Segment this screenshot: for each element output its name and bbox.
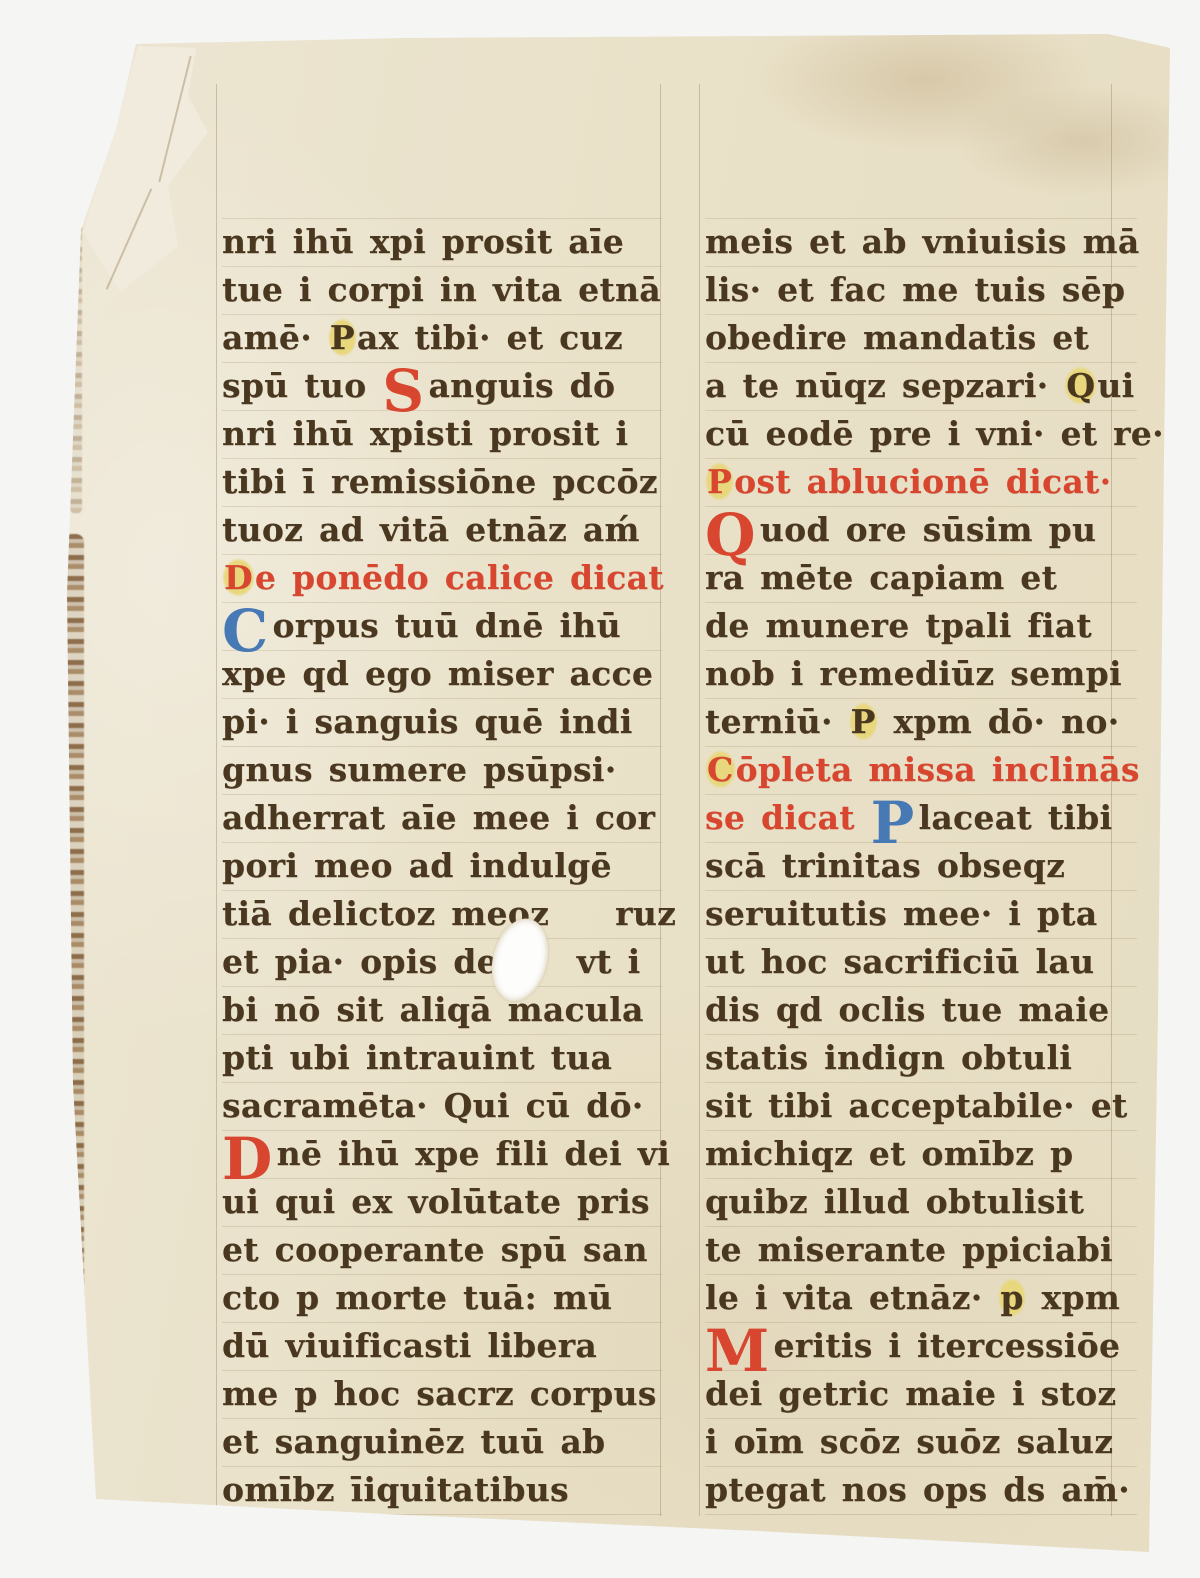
manuscript-text-line: tue i corpi in vita etnā: [222, 266, 662, 314]
body-text: tiā delictoz meoz: [222, 894, 549, 933]
body-text: sit tibi acceptabile· et: [705, 1086, 1128, 1125]
body-text: dei getric maie i stoz: [705, 1374, 1116, 1413]
body-text: ptegat nos ops ds am̄·: [705, 1470, 1130, 1509]
manuscript-text-line: pori meo ad indulgē: [222, 842, 662, 890]
body-text: me p hoc sacrz corpus: [222, 1374, 657, 1413]
body-text: statis indign obtuli: [705, 1038, 1072, 1077]
manuscript-text-line: Post ablucionē dicat·: [705, 458, 1137, 506]
manuscript-text-line: lis· et fac me tuis sēp: [705, 266, 1137, 314]
margin-ruling-line: [216, 84, 217, 1516]
body-text: orpus tuū dnē ihū: [272, 606, 620, 645]
text-column-right: meis et ab vniuisis mālis· et fac me tui…: [705, 218, 1137, 1515]
manuscript-text-line: Corpus tuū dnē ihū: [222, 602, 662, 650]
body-text: ruz: [615, 894, 676, 933]
body-text: meis et ab vniuisis mā: [705, 222, 1140, 261]
manuscript-text-line: ra mēte capiam et: [705, 554, 1137, 602]
manuscript-text-line: meis et ab vniuisis mā: [705, 218, 1137, 266]
manuscript-text-line: nob i remediūz sempi: [705, 650, 1137, 698]
body-text: quibz illud obtulisit: [705, 1182, 1084, 1221]
manuscript-text-line: nri ihū xpi prosit aīe: [222, 218, 662, 266]
illuminated-initial-red: D: [222, 1135, 273, 1184]
body-text: tibi ī remissiōne pccōz: [222, 462, 658, 501]
body-text: tuoz ad vitā etnāz aḿ: [222, 510, 640, 549]
manuscript-text-line: sit tibi acceptabile· et: [705, 1082, 1137, 1130]
body-text: ax tibi· et cuz: [357, 318, 623, 357]
manuscript-text-line: te miserante ppiciabi: [705, 1226, 1137, 1274]
body-text: dis qd oclis tue maie: [705, 990, 1109, 1029]
manuscript-text-line: dei getric maie i stoz: [705, 1370, 1137, 1418]
manuscript-text-line: i oīm scōz suōz saluz: [705, 1418, 1137, 1466]
manuscript-text-line: tiā delictoz meozruz: [222, 890, 662, 938]
body-text: vt i: [577, 942, 641, 981]
body-text: adherrat aīe mee i cor: [222, 798, 655, 837]
manuscript-text-line: et cooperante spū san: [222, 1226, 662, 1274]
body-text: xpm dō· no·: [878, 702, 1120, 741]
yellow-washed-letter: P: [328, 318, 357, 357]
yellow-washed-letter: Q: [1064, 366, 1097, 405]
yellow-washed-letter: P: [849, 702, 878, 741]
body-text: nē ihū xpe fili dei vi: [277, 1134, 670, 1173]
manuscript-text-line: se dicat Placeat tibi: [705, 794, 1137, 842]
rubric-text: ōpleta missa inclinās: [736, 750, 1140, 789]
manuscript-text-line: a te nūqz sepzari· Qui: [705, 362, 1137, 410]
body-text: nob i remediūz sempi: [705, 654, 1122, 693]
body-text: michiqz et omībz p: [705, 1134, 1073, 1173]
body-text: uod ore sūsim pu: [760, 510, 1096, 549]
margin-ruling-line: [699, 84, 700, 1516]
body-text: pi· i sanguis quē indi: [222, 702, 633, 741]
manuscript-text-line: et sanguinēz tuū ab: [222, 1418, 662, 1466]
manuscript-text-line: tibi ī remissiōne pccōz: [222, 458, 662, 506]
yellow-washed-letter: p: [998, 1278, 1025, 1317]
illuminated-initial-red: S: [382, 367, 424, 416]
body-text: eritis i itercessiōe: [774, 1326, 1121, 1365]
manuscript-text-line: bi nō sit aliqā macula: [222, 986, 662, 1034]
photo-background: nri ihū xpi prosit aīetue i corpi in vit…: [0, 0, 1200, 1578]
manuscript-text-line: ut hoc sacrificiū lau: [705, 938, 1137, 986]
manuscript-text-line: adherrat aīe mee i cor: [222, 794, 662, 842]
body-text: ra mēte capiam et: [705, 558, 1057, 597]
text-column-left: nri ihū xpi prosit aīetue i corpi in vit…: [222, 218, 662, 1515]
worn-gutter-edge: [64, 534, 84, 1544]
body-text: laceat tibi: [919, 798, 1113, 837]
manuscript-text-line: michiqz et omībz p: [705, 1130, 1137, 1178]
manuscript-text-line: Dnē ihū xpe fili dei vi: [222, 1130, 662, 1178]
manuscript-text-line: ptegat nos ops ds am̄·: [705, 1466, 1137, 1515]
manuscript-text-line: cto p morte tuā: mū: [222, 1274, 662, 1322]
body-text: sacramēta· Qui cū dō·: [222, 1086, 644, 1125]
manuscript-text-line: Meritis i itercessiōe: [705, 1322, 1137, 1370]
manuscript-text-line: et pia· opis deivt i: [222, 938, 662, 986]
worn-gutter-edge: [70, 184, 82, 514]
manuscript-text-line: pti ubi intrauint tua: [222, 1034, 662, 1082]
manuscript-text-line: tuoz ad vitā etnāz aḿ: [222, 506, 662, 554]
body-text: et pia· opis dei: [222, 942, 511, 981]
body-text: spū tuo: [222, 366, 382, 405]
body-text: anguis dō: [428, 366, 615, 405]
body-text: obedire mandatis et: [705, 318, 1089, 357]
manuscript-text-line: sacramēta· Qui cū dō·: [222, 1082, 662, 1130]
body-text: pti ubi intrauint tua: [222, 1038, 612, 1077]
manuscript-text-line: gnus sumere psūpsi·: [222, 746, 662, 794]
body-text: amē·: [222, 318, 328, 357]
rubric-text: ost ablucionē dicat·: [734, 462, 1111, 501]
body-text: le i vita etnāz·: [705, 1278, 998, 1317]
manuscript-text-line: ui qui ex volūtate pris: [222, 1178, 662, 1226]
manuscript-text-line: nri ihū xpisti prosit i: [222, 410, 662, 458]
body-text: i oīm scōz suōz saluz: [705, 1422, 1113, 1461]
body-text: xpe qd ego miser acce: [222, 654, 653, 693]
yellow-washed-rubric-letter: P: [705, 462, 734, 501]
manuscript-text-line: dū viuificasti libera: [222, 1322, 662, 1370]
body-text: et cooperante spū san: [222, 1230, 648, 1269]
body-text: et sanguinēz tuū ab: [222, 1422, 605, 1461]
manuscript-text-line: spū tuo Sanguis dō: [222, 362, 662, 410]
body-text: ui qui ex volūtate pris: [222, 1182, 650, 1221]
manuscript-text-line: de munere tpali fiat: [705, 602, 1137, 650]
rubric-text: se dicat: [705, 798, 871, 837]
yellow-washed-rubric-letter: C: [705, 750, 736, 789]
yellow-washed-rubric-letter: D: [222, 558, 255, 597]
body-text: ut hoc sacrificiū lau: [705, 942, 1094, 981]
manuscript-text-line: cū eodē pre i vni· et re·: [705, 410, 1137, 458]
body-text: terniū·: [705, 702, 849, 741]
illuminated-initial-red: M: [705, 1327, 770, 1376]
illuminated-initial-red: Q: [705, 511, 756, 560]
illuminated-initial-blue: P: [871, 799, 915, 848]
manuscript-text-line: dis qd oclis tue maie: [705, 986, 1137, 1034]
body-text: pori meo ad indulgē: [222, 846, 612, 885]
manuscript-leaf: nri ihū xpi prosit aīetue i corpi in vit…: [58, 34, 1170, 1562]
body-text: nri ihū xpisti prosit i: [222, 414, 628, 453]
manuscript-text-line: De ponēdo calice dicat: [222, 554, 662, 602]
body-text: dū viuificasti libera: [222, 1326, 597, 1365]
body-text: a te nūqz sepzari·: [705, 366, 1064, 405]
manuscript-text-line: quibz illud obtulisit: [705, 1178, 1137, 1226]
body-text: cū eodē pre i vni· et re·: [705, 414, 1164, 453]
manuscript-text-line: le i vita etnāz· p xpm: [705, 1274, 1137, 1322]
manuscript-text-line: omībz īiquitatibus: [222, 1466, 662, 1515]
body-text: bi nō sit aliqā macula: [222, 990, 644, 1029]
body-text: xpm: [1026, 1278, 1120, 1317]
body-text: te miserante ppiciabi: [705, 1230, 1113, 1269]
manuscript-text-line: me p hoc sacrz corpus: [222, 1370, 662, 1418]
body-text: gnus sumere psūpsi·: [222, 750, 617, 789]
body-text: nri ihū xpi prosit aīe: [222, 222, 624, 261]
manuscript-text-line: Cōpleta missa inclinās: [705, 746, 1137, 794]
illuminated-initial-blue: C: [222, 607, 268, 656]
manuscript-text-line: pi· i sanguis quē indi: [222, 698, 662, 746]
manuscript-text-line: scā trinitas obseqz: [705, 842, 1137, 890]
manuscript-text-line: terniū· P xpm dō· no·: [705, 698, 1137, 746]
manuscript-text-line: seruitutis mee· i pta: [705, 890, 1137, 938]
body-text: lis· et fac me tuis sēp: [705, 270, 1125, 309]
rubric-text: e ponēdo calice dicat: [255, 558, 664, 597]
manuscript-text-line: Quod ore sūsim pu: [705, 506, 1137, 554]
body-text: ui: [1097, 366, 1134, 405]
body-text: de munere tpali fiat: [705, 606, 1092, 645]
manuscript-text-line: statis indign obtuli: [705, 1034, 1137, 1082]
body-text: scā trinitas obseqz: [705, 846, 1065, 885]
body-text: seruitutis mee· i pta: [705, 894, 1097, 933]
body-text: omībz īiquitatibus: [222, 1470, 569, 1509]
body-text: cto p morte tuā: mū: [222, 1278, 612, 1317]
manuscript-text-line: obedire mandatis et: [705, 314, 1137, 362]
manuscript-text-line: amē· Pax tibi· et cuz: [222, 314, 662, 362]
body-text: tue i corpi in vita etnā: [222, 270, 661, 309]
manuscript-text-line: xpe qd ego miser acce: [222, 650, 662, 698]
